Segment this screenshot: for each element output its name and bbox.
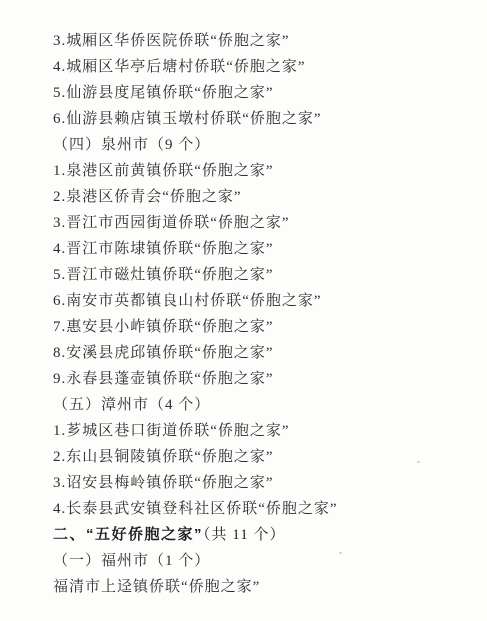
document-line: 4.城厢区华亭后塘村侨联“侨胞之家” <box>53 54 473 80</box>
document-line: 1.芗城区巷口街道侨联“侨胞之家” <box>53 418 473 444</box>
document-line: 5.仙游县度尾镇侨联“侨胞之家” <box>53 80 473 106</box>
line-text: 6.仙游县赖店镇玉墩村侨联“侨胞之家” <box>53 111 322 127</box>
line-text: 4.城厢区华亭后塘村侨联“侨胞之家” <box>53 59 306 75</box>
line-text: 3.晋江市西园街道侨联“侨胞之家” <box>53 215 290 231</box>
document-line: 6.南安市英都镇良山村侨联“侨胞之家” <box>53 288 473 314</box>
heading-count-text: （共 11 个） <box>203 527 285 543</box>
line-text: 3.诏安县梅岭镇侨联“侨胞之家” <box>53 475 274 491</box>
line-text: 福清市上迳镇侨联“侨胞之家” <box>53 579 260 595</box>
document-line: 3.城厢区华侨医院侨联“侨胞之家” <box>53 28 473 54</box>
line-text: 8.安溪县虎邱镇侨联“侨胞之家” <box>53 345 274 361</box>
line-text: 1.芗城区巷口街道侨联“侨胞之家” <box>53 423 290 439</box>
line-text: 5.仙游县度尾镇侨联“侨胞之家” <box>53 85 274 101</box>
scan-speck <box>339 552 342 554</box>
document-line: 2.东山县铜陵镇侨联“侨胞之家” <box>53 444 473 470</box>
line-text: 1.泉港区前黄镇侨联“侨胞之家” <box>53 163 274 179</box>
document-line: （五）漳州市（4 个） <box>53 392 473 418</box>
line-text: （五）漳州市（4 个） <box>53 397 210 413</box>
document-line: 8.安溪县虎邱镇侨联“侨胞之家” <box>53 340 473 366</box>
line-text: 9.永春县蓬壶镇侨联“侨胞之家” <box>53 371 274 387</box>
line-text: 3.城厢区华侨医院侨联“侨胞之家” <box>53 33 290 49</box>
document-line: 福清市上迳镇侨联“侨胞之家” <box>53 574 473 600</box>
document-line: 3.诏安县梅岭镇侨联“侨胞之家” <box>53 470 473 496</box>
document-line: 9.永春县蓬壶镇侨联“侨胞之家” <box>53 366 473 392</box>
line-text: 6.南安市英都镇良山村侨联“侨胞之家” <box>53 293 322 309</box>
line-text: 5.晋江市磁灶镇侨联“侨胞之家” <box>53 267 274 283</box>
document-line: 4.晋江市陈埭镇侨联“侨胞之家” <box>53 236 473 262</box>
line-text: （四）泉州市（9 个） <box>53 137 210 153</box>
document-line: 7.惠安县小岞镇侨联“侨胞之家” <box>53 314 473 340</box>
section-heading: 二、“五好侨胞之家”（共 11 个） <box>53 522 473 548</box>
document-line: 6.仙游县赖店镇玉墩村侨联“侨胞之家” <box>53 106 473 132</box>
document-line: 1.泉港区前黄镇侨联“侨胞之家” <box>53 158 473 184</box>
document-line: 5.晋江市磁灶镇侨联“侨胞之家” <box>53 262 473 288</box>
document-line: （一）福州市（1 个） <box>53 548 473 574</box>
document-line: 4.长泰县武安镇登科社区侨联“侨胞之家” <box>53 496 473 522</box>
line-text: 2.东山县铜陵镇侨联“侨胞之家” <box>53 449 274 465</box>
scan-speck <box>417 461 420 463</box>
heading-bold-text: 二、“五好侨胞之家” <box>53 526 203 543</box>
line-text: 2.泉港区侨青会“侨胞之家” <box>53 189 242 205</box>
line-text: 4.长泰县武安镇登科社区侨联“侨胞之家” <box>53 501 338 517</box>
line-text: 4.晋江市陈埭镇侨联“侨胞之家” <box>53 241 274 257</box>
document-page: 3.城厢区华侨医院侨联“侨胞之家”4.城厢区华亭后塘村侨联“侨胞之家”5.仙游县… <box>0 0 487 621</box>
document-line: （四）泉州市（9 个） <box>53 132 473 158</box>
document-line: 3.晋江市西园街道侨联“侨胞之家” <box>53 210 473 236</box>
line-text: （一）福州市（1 个） <box>53 553 210 569</box>
line-text: 7.惠安县小岞镇侨联“侨胞之家” <box>53 319 274 335</box>
document-body: 3.城厢区华侨医院侨联“侨胞之家”4.城厢区华亭后塘村侨联“侨胞之家”5.仙游县… <box>53 28 473 600</box>
document-line: 2.泉港区侨青会“侨胞之家” <box>53 184 473 210</box>
